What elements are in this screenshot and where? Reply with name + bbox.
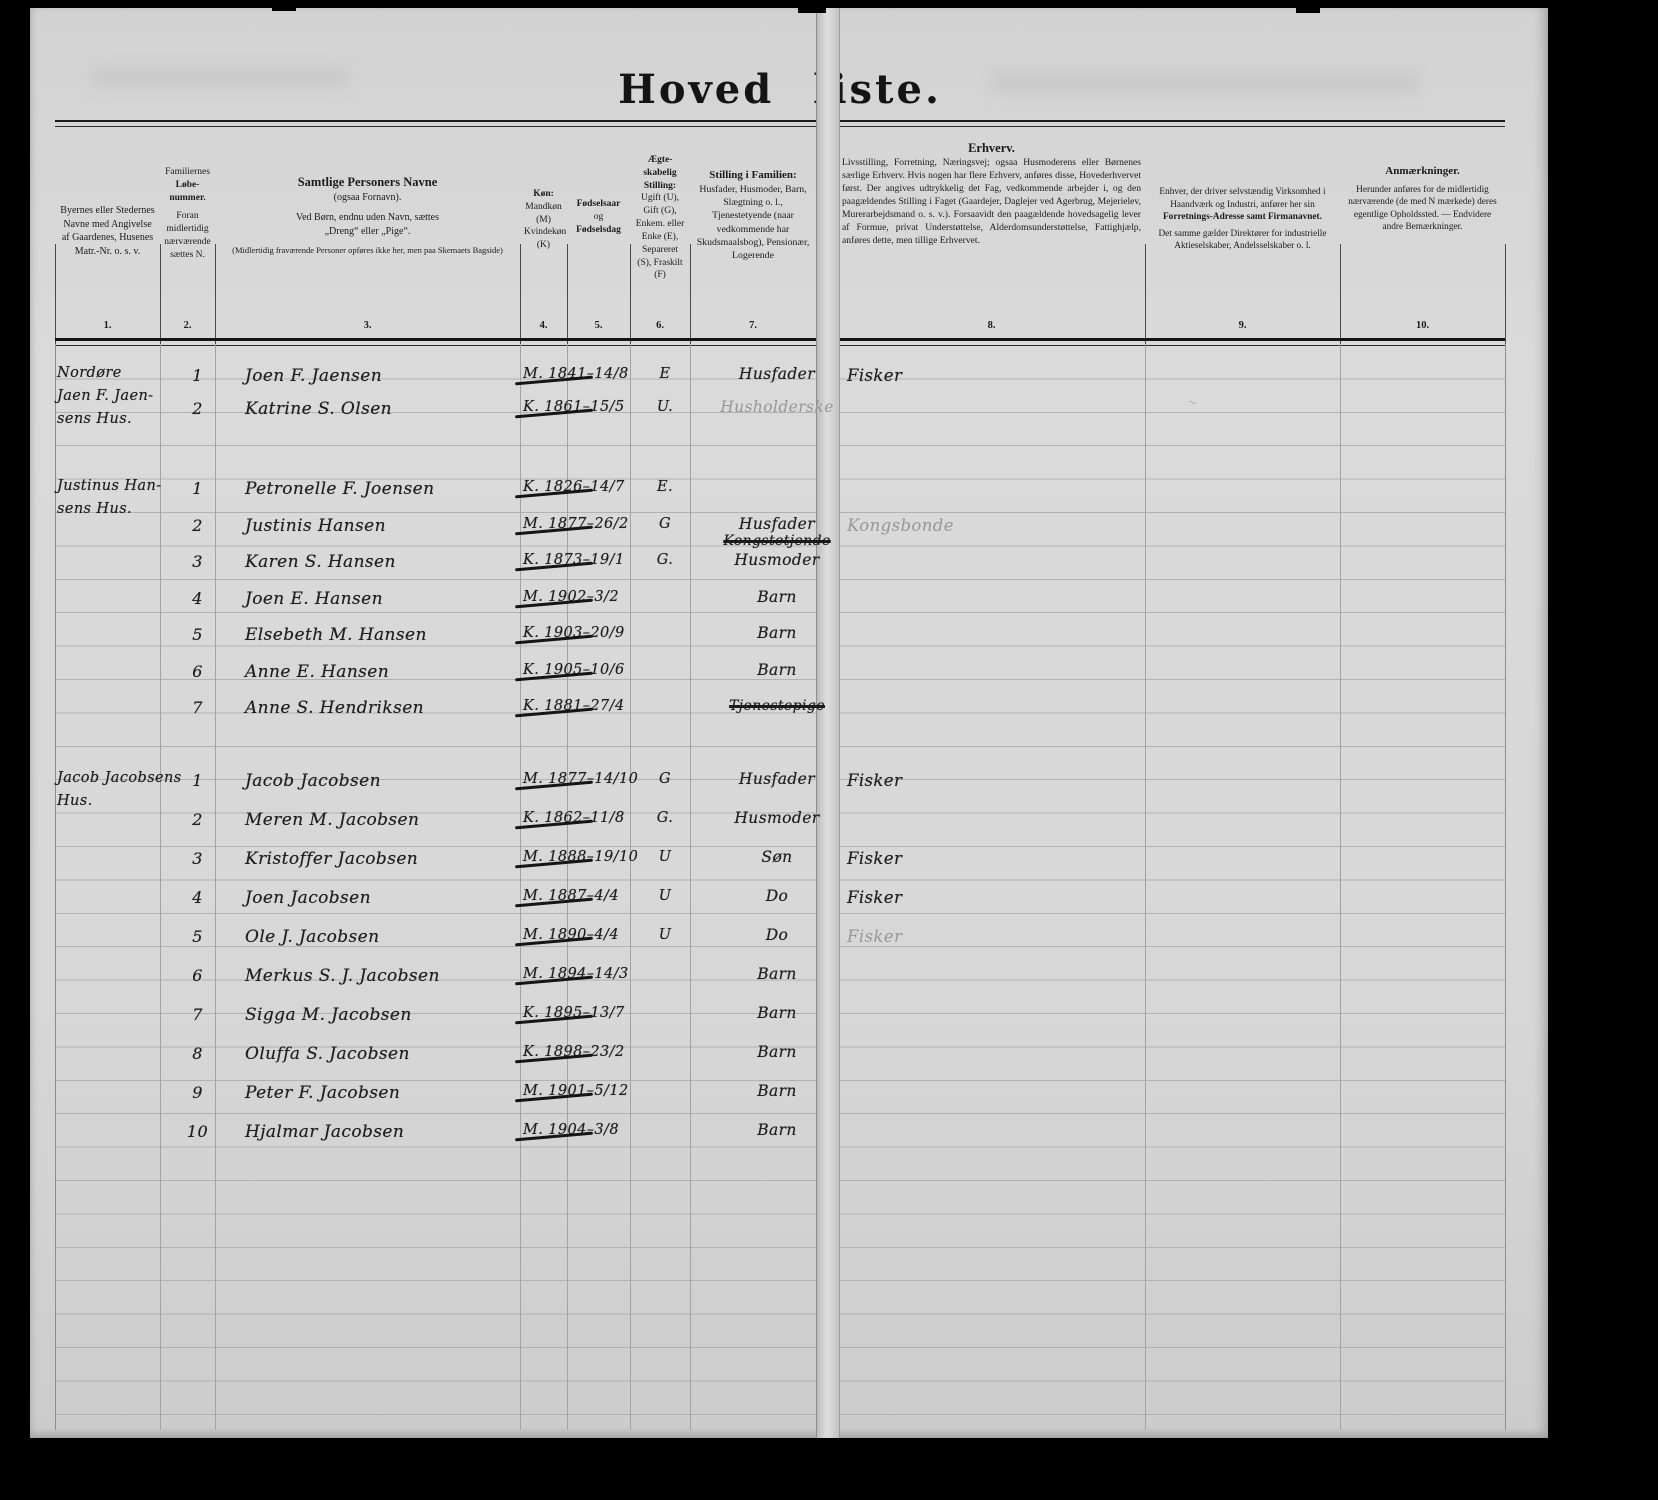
sex-and-birthdate: K. 1905–10/6 — [523, 662, 653, 678]
marital-status: G. — [640, 552, 690, 568]
occupation: Fisker — [847, 366, 1127, 385]
person-name: Hjalmar Jacobsen — [245, 1122, 545, 1142]
family-position: Barn — [697, 589, 857, 607]
table-row: 3 Kristoffer Jacobsen M. 1888–19/10 U Sø… — [55, 848, 1505, 887]
sex-and-birthdate: K. 1881–27/4 — [523, 698, 653, 714]
family-number: 2 — [160, 516, 235, 535]
person-name: Katrine S. Olsen — [245, 399, 545, 419]
family-position-text: Barn — [757, 1083, 797, 1101]
occupation: Kongsbonde — [847, 516, 1127, 535]
family-number: 7 — [160, 1005, 235, 1024]
table-row: 7 Sigga M. Jacobsen K. 1895–13/7 Barn — [55, 1004, 1505, 1043]
sex-and-birthdate: M. 1877–14/10 — [523, 771, 653, 787]
family-position-text: Husmoder — [734, 810, 819, 828]
scan-artifact — [798, 0, 826, 13]
person-name: Ole J. Jacobsen — [245, 927, 545, 947]
group-rows: 1 Joen F. Jaensen M. 1841–14/8 E Husfade… — [55, 365, 1505, 431]
family-number: 3 — [160, 849, 235, 868]
table-row: 2 Katrine S. Olsen K. 1861–15/5 U. Husho… — [55, 398, 1505, 431]
family-position-text: Husfader — [739, 366, 815, 384]
occupation: Fisker — [847, 849, 1127, 868]
sex-and-birthdate: M. 1888–19/10 — [523, 849, 653, 865]
marital-status: E — [640, 366, 690, 382]
occupation: Fisker — [847, 927, 1127, 946]
sex-and-birthdate: K. 1903–20/9 — [523, 625, 653, 641]
family-position: Husholderske — [697, 399, 857, 417]
family-position: Husfader — [697, 771, 857, 789]
header-col-remarks: Anmærkninger. Herunder anføres for de mi… — [1340, 126, 1505, 338]
marital-status: G — [640, 516, 690, 532]
table-row: 1 Petronelle F. Joensen K. 1826–14/7 E. — [55, 478, 1505, 515]
family-number: 3 — [160, 552, 235, 571]
header-col-birthdate: Fødselsaar og Fødselsdag 5. — [567, 126, 630, 338]
page-title: Hoved liste. — [55, 66, 1505, 113]
person-name: Sigga M. Jacobsen — [245, 1005, 545, 1025]
scanned-census-page: Hoved liste. Byernes eller Stedernes Nav… — [0, 0, 1658, 1500]
table-row: 2 Meren M. Jacobsen K. 1862–11/8 G. Husm… — [55, 809, 1505, 848]
scan-artifact — [272, 0, 296, 11]
sex-and-birthdate: M. 1841–14/8 — [523, 366, 653, 382]
sex-and-birthdate: K. 1895–13/7 — [523, 1005, 653, 1021]
family-number: 6 — [160, 662, 235, 681]
family-position: Barn — [697, 966, 857, 984]
group-rows: 1 Jacob Jacobsen M. 1877–14/10 G Husfade… — [55, 770, 1505, 1160]
family-number: 1 — [160, 771, 235, 790]
family-number: 2 — [160, 810, 235, 829]
person-name: Merkus S. J. Jacobsen — [245, 966, 545, 986]
person-name: Joen E. Hansen — [245, 589, 545, 609]
family-position-text: Do — [766, 927, 789, 945]
family-number: 4 — [160, 589, 235, 608]
family-position-text: Barn — [757, 625, 797, 643]
person-name: Anne S. Hendriksen — [245, 698, 545, 718]
table-row: 6 Merkus S. J. Jacobsen M. 1894–14/3 Bar… — [55, 965, 1505, 1004]
family-position-text: Barn — [757, 966, 797, 984]
table-row: 2 Justinis Hansen M. 1877–26/2 G Husfade… — [55, 515, 1505, 552]
person-name: Peter F. Jacobsen — [245, 1083, 545, 1103]
header-col-occupation: Erhverv. Livsstilling, Forretning, Nærin… — [838, 126, 1145, 338]
household-group: Justinus Han-sens Hus. 1 Petronelle F. J… — [55, 478, 1505, 734]
paper-sheet: Hoved liste. Byernes eller Stedernes Nav… — [30, 8, 1548, 1438]
sex-and-birthdate: K. 1861–15/5 — [523, 399, 653, 415]
family-position: Søn — [697, 849, 857, 867]
family-number: 8 — [160, 1044, 235, 1063]
family-position-text: Barn — [757, 1005, 797, 1023]
family-position-text: Søn — [761, 849, 792, 867]
header-col-names: Samtlige Personers Navne (ogsaa Fornavn)… — [215, 126, 520, 338]
family-position: Do — [697, 888, 857, 906]
family-position-text: Barn — [757, 662, 797, 680]
occupation: Fisker — [847, 771, 1127, 790]
table-row: 7 Anne S. Hendriksen K. 1881–27/4 Tjenes… — [55, 697, 1505, 734]
marital-status: E. — [640, 479, 690, 495]
table-row: 4 Joen Jacobsen M. 1887–4/4 U Do Fisker — [55, 887, 1505, 926]
sex-and-birthdate: M. 1887–4/4 — [523, 888, 653, 904]
family-number: 2 — [160, 399, 235, 418]
family-position: Barn — [697, 625, 857, 643]
header-col-place: Byernes eller Stedernes Navne med Angive… — [55, 126, 160, 338]
family-position-text: Barn — [757, 1122, 797, 1140]
family-position-text: Husholderske — [720, 399, 834, 417]
family-position: Husfader Kongstetjende — [697, 516, 857, 550]
sex-and-birthdate: M. 1890–4/4 — [523, 927, 653, 943]
family-position: Barn — [697, 1083, 857, 1101]
table-row: 4 Joen E. Hansen M. 1902–3/2 Barn — [55, 588, 1505, 625]
table-row: 1 Jacob Jacobsen M. 1877–14/10 G Husfade… — [55, 770, 1505, 809]
sex-and-birthdate: M. 1904–3/8 — [523, 1122, 653, 1138]
marital-status: U — [640, 888, 690, 904]
marital-status: G. — [640, 810, 690, 826]
person-name: Jacob Jacobsen — [245, 771, 545, 791]
person-name: Justinis Hansen — [245, 516, 545, 536]
person-name: Meren M. Jacobsen — [245, 810, 545, 830]
family-position-text: Husfader — [739, 771, 815, 789]
scan-artifact — [1296, 0, 1320, 13]
table-row: 5 Elsebeth M. Hansen K. 1903–20/9 Barn — [55, 624, 1505, 661]
family-position: Barn — [697, 662, 857, 680]
family-position-text: Husfader — [739, 516, 815, 534]
family-number: 4 — [160, 888, 235, 907]
header-divider-rule — [55, 338, 1505, 346]
family-position: Tjenestepige — [697, 698, 857, 714]
person-name: Kristoffer Jacobsen — [245, 849, 545, 869]
family-number: 9 — [160, 1083, 235, 1102]
family-position-text: Barn — [757, 589, 797, 607]
group-rows: 1 Petronelle F. Joensen K. 1826–14/7 E. … — [55, 478, 1505, 734]
family-position: Barn — [697, 1005, 857, 1023]
header-col-sex: Køn: Mandkøn (M) Kvindekøn (K) 4. — [520, 126, 567, 338]
person-name: Anne E. Hansen — [245, 662, 545, 682]
sex-and-birthdate: M. 1877–26/2 — [523, 516, 653, 532]
person-name: Petronelle F. Joensen — [245, 479, 545, 499]
family-number: 1 — [160, 479, 235, 498]
family-number: 5 — [160, 625, 235, 644]
family-position: Barn — [697, 1122, 857, 1140]
family-position-text: Barn — [757, 1044, 797, 1062]
family-position-struck-text: Tjenestepige — [729, 698, 825, 714]
household-group: Jacob JacobsensHus. 1 Jacob Jacobsen M. … — [55, 770, 1505, 1160]
family-position: Do — [697, 927, 857, 945]
family-position-struck-text: Kongstetjende — [723, 533, 830, 549]
table-row: 9 Peter F. Jacobsen M. 1901–5/12 Barn — [55, 1082, 1505, 1121]
family-number: 7 — [160, 698, 235, 717]
marital-status: U — [640, 927, 690, 943]
header-col-family-position: Stilling i Familien: Husfader, Husmoder,… — [690, 126, 816, 338]
sex-and-birthdate: M. 1902–3/2 — [523, 589, 653, 605]
header-col-number: Familiernes Løbe- nummer. Foran midlerti… — [160, 126, 215, 338]
family-number: 6 — [160, 966, 235, 985]
family-position: Husmoder — [697, 810, 857, 828]
family-position-text: Husmoder — [734, 552, 819, 570]
table-row: 6 Anne E. Hansen K. 1905–10/6 Barn — [55, 661, 1505, 698]
family-number: 10 — [160, 1122, 235, 1141]
person-name: Joen F. Jaensen — [245, 366, 545, 386]
sex-and-birthdate: K. 1898–23/2 — [523, 1044, 653, 1060]
sex-and-birthdate: M. 1901–5/12 — [523, 1083, 653, 1099]
column-divider — [1505, 344, 1506, 1430]
sex-and-birthdate: M. 1894–14/3 — [523, 966, 653, 982]
occupation: Fisker — [847, 888, 1127, 907]
header-col-marital: Ægte- skabelig Stilling: Ugift (U), Gift… — [630, 126, 690, 338]
sex-and-birthdate: K. 1826–14/7 — [523, 479, 653, 495]
family-position: Husfader — [697, 366, 857, 384]
header-col-business: Enhver, der driver selvstændig Virksomhe… — [1145, 126, 1340, 338]
person-name: Elsebeth M. Hansen — [245, 625, 545, 645]
marital-status: U. — [640, 399, 690, 415]
person-name: Joen Jacobsen — [245, 888, 545, 908]
table-row: 1 Joen F. Jaensen M. 1841–14/8 E Husfade… — [55, 365, 1505, 398]
sex-and-birthdate: K. 1873–19/1 — [523, 552, 653, 568]
sex-and-birthdate: K. 1862–11/8 — [523, 810, 653, 826]
family-number: 1 — [160, 366, 235, 385]
table-row: 10 Hjalmar Jacobsen M. 1904–3/8 Barn — [55, 1121, 1505, 1160]
family-position: Husmoder — [697, 552, 857, 570]
marital-status: U — [640, 849, 690, 865]
family-position: Barn — [697, 1044, 857, 1062]
marital-status: G — [640, 771, 690, 787]
person-name: Karen S. Hansen — [245, 552, 545, 572]
table-row: 3 Karen S. Hansen K. 1873–19/1 G. Husmod… — [55, 551, 1505, 588]
family-position-text: Do — [766, 888, 789, 906]
household-group: NordøreJaen F. Jaen-sens Hus. 1 Joen F. … — [55, 365, 1505, 431]
table-row: 5 Ole J. Jacobsen M. 1890–4/4 U Do Fiske… — [55, 926, 1505, 965]
table-header: Byernes eller Stedernes Navne med Angive… — [30, 126, 1548, 338]
family-number: 5 — [160, 927, 235, 946]
person-name: Oluffa S. Jacobsen — [245, 1044, 545, 1064]
table-row: 8 Oluffa S. Jacobsen K. 1898–23/2 Barn — [55, 1043, 1505, 1082]
